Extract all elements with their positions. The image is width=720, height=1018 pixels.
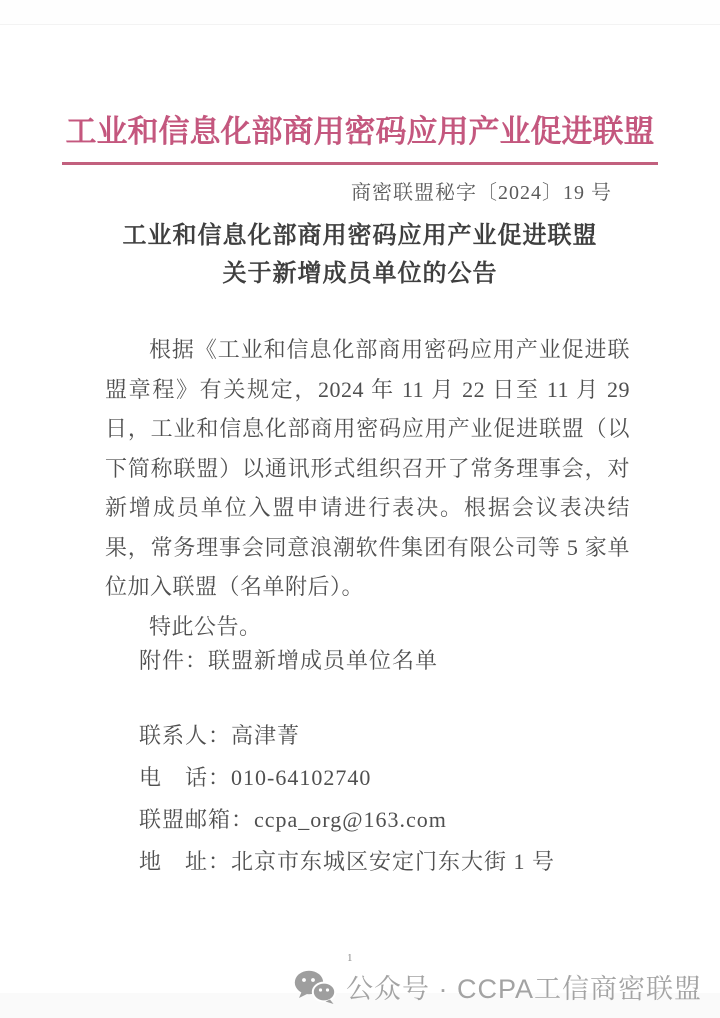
wechat-watermark: 公众号 · CCPA工信商密联盟	[294, 967, 702, 1006]
attachment-note: 附件：联盟新增成员单位名单	[105, 644, 630, 675]
contact-email-label: 联盟邮箱：	[139, 807, 254, 832]
scan-top-edge	[0, 0, 720, 25]
contact-person-label: 联系人：	[139, 723, 231, 748]
contact-address-value: 北京市东城区安定门东大街 1 号	[231, 849, 555, 874]
contact-phone-line: 电 话：010-64102740	[105, 763, 645, 805]
contact-address-line: 地 址：北京市东城区安定门东大街 1 号	[105, 847, 645, 889]
announcement-title-line1: 工业和信息化部商用密码应用产业促进联盟	[0, 215, 720, 250]
contact-phone-value: 010-64102740	[231, 765, 371, 790]
page-number: 1	[347, 952, 353, 964]
contact-address-label: 地 址：	[139, 849, 231, 874]
announcement-title-line2: 关于新增成员单位的公告	[0, 253, 720, 288]
contact-email-line: 联盟邮箱：ccpa_org@163.com	[105, 805, 645, 847]
announcement-body: 根据《工业和信息化部商用密码应用产业促进联盟章程》有关规定，2024 年 11 …	[105, 330, 630, 646]
body-paragraph-main: 根据《工业和信息化部商用密码应用产业促进联盟章程》有关规定，2024 年 11 …	[105, 330, 630, 607]
body-paragraph-closing: 特此公告。	[105, 607, 630, 647]
wechat-icon	[294, 969, 336, 1005]
contact-email-value: ccpa_org@163.com	[254, 807, 447, 832]
contact-person-line: 联系人：高津菁	[105, 721, 645, 763]
contact-block: 联系人：高津菁 电 话：010-64102740 联盟邮箱：ccpa_org@1…	[105, 721, 645, 889]
watermark-text: 公众号 · CCPA工信商密联盟	[346, 967, 702, 1006]
document-number: 商密联盟秘字〔2024〕19 号	[351, 176, 612, 205]
contact-phone-label: 电 话：	[139, 765, 231, 790]
org-masthead-title: 工业和信息化部商用密码应用产业促进联盟	[0, 106, 720, 151]
document-page: 工业和信息化部商用密码应用产业促进联盟 商密联盟秘字〔2024〕19 号 工业和…	[0, 0, 720, 1018]
masthead-divider-rule	[62, 162, 658, 165]
contact-person-value: 高津菁	[231, 723, 300, 748]
